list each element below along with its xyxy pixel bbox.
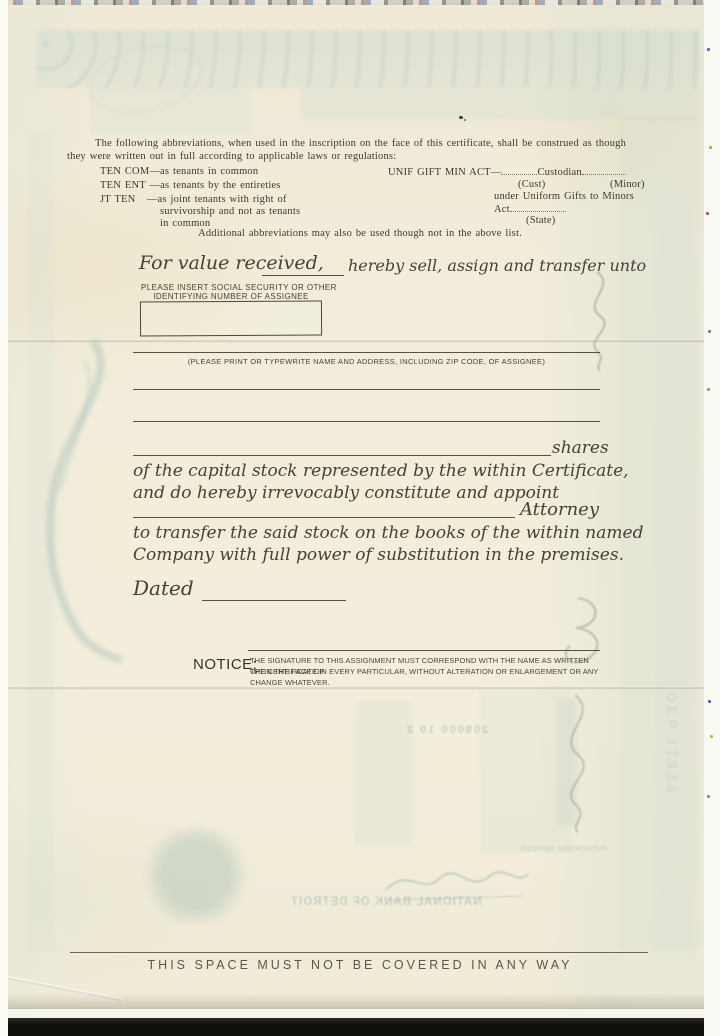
abbrev-custodian-label: Custodian — [537, 167, 581, 178]
ink-speck — [459, 116, 463, 119]
bleedthrough-text-block — [355, 700, 413, 845]
fold-crease — [8, 686, 704, 690]
abbrev-intro-line2: they were written out in full according … — [67, 151, 396, 162]
scan-speck — [707, 48, 710, 51]
fill-line-address1 — [133, 389, 600, 390]
assignee-instruction: (PLEASE PRINT OR TYPEWRITE NAME AND ADDR… — [133, 357, 600, 366]
scan-edge-noise — [0, 0, 720, 5]
abbrev-ten-com-def: —as tenants in common — [149, 166, 258, 177]
transfer-line2: Company with full power of substitution … — [133, 545, 624, 565]
ink-speck — [464, 119, 466, 121]
scan-speck — [710, 735, 713, 738]
bleedthrough-top-border — [36, 30, 700, 88]
capital-stock-line1: of the capital stock represented by the … — [133, 461, 629, 481]
paper-bottom-edge — [0, 1009, 720, 1018]
transfer-line1: to transfer the said stock on the books … — [133, 523, 643, 543]
abbrev-state-hint: (State) — [526, 215, 555, 226]
scan-speck — [707, 388, 710, 391]
bleedthrough-scroll-ornament — [22, 330, 132, 670]
shares-label: shares — [552, 438, 609, 458]
abbrev-act-line: Act — [494, 203, 566, 215]
bleedthrough-authorized-officer: AUTHORIZED OFFICER — [520, 846, 607, 853]
hereby-sell-text: hereby sell, assign and transfer unto — [348, 256, 646, 275]
abbrev-jt-ten-def1: —as joint tenants with right of — [147, 194, 287, 205]
dotted-leader — [582, 166, 626, 175]
ssn-entry-box — [140, 301, 322, 337]
scan-speck — [708, 330, 711, 333]
certificate-back-scan: 209000 10 2 NATIONAL BANK OF DETROIT AUT… — [0, 0, 720, 1036]
abbrev-intro-line1: The following abbreviations, when used i… — [95, 138, 626, 149]
abbrev-ten-com-code: TEN COM — [100, 166, 149, 177]
attorney-label: Attorney — [520, 499, 599, 520]
abbrev-jt-ten-def2: survivorship and not as tenants — [160, 206, 300, 217]
abbrev-under-uniform: under Uniform Gifts to Minors — [494, 191, 634, 202]
paper-bottom-shadow — [8, 993, 704, 1009]
bleedthrough-top-border-lower — [300, 88, 700, 120]
bleedthrough-edge-stamp: DEP IT834 — [664, 692, 680, 796]
abbrev-unif-gift-line: UNIF GIFT MIN ACT—Custodian — [388, 166, 626, 178]
bleedthrough-signature — [378, 856, 533, 908]
scan-margin-left — [0, 0, 8, 1036]
signature-line — [248, 650, 600, 651]
abbrev-cust-hint: (Cust) — [518, 179, 545, 190]
bottom-banner-text: THIS SPACE MUST NOT BE COVERED IN ANY WA… — [0, 958, 720, 972]
scan-background-bottom — [0, 1018, 720, 1036]
abbrev-jt-ten: JT TEN —as joint tenants with right of — [100, 194, 287, 205]
notice-label: NOTICE: — [193, 656, 257, 673]
capital-stock-line2: and do hereby irrevocably constitute and… — [133, 483, 559, 503]
banner-rule — [70, 952, 648, 953]
scan-speck — [706, 212, 709, 215]
fill-line-address2 — [133, 421, 600, 422]
bleedthrough-top-border-left — [90, 88, 250, 134]
bleedthrough-signature — [540, 690, 610, 835]
for-value-received-text: For value received, — [139, 252, 324, 274]
scan-speck — [707, 795, 710, 798]
abbrev-ten-com: TEN COM—as tenants in common — [100, 166, 258, 177]
fill-line-date — [202, 600, 346, 601]
dated-label: Dated — [133, 576, 194, 600]
fill-line-shares — [133, 455, 551, 456]
abbrev-ten-ent-def: —as tenants by the entireties — [149, 180, 280, 191]
scan-speck — [709, 146, 712, 149]
ssn-instruction-line1: PLEASE INSERT SOCIAL SECURITY OR OTHER — [141, 283, 337, 292]
fill-line-seller — [262, 275, 344, 276]
fold-crease — [8, 339, 704, 343]
abbrev-act-label: Act — [494, 204, 510, 215]
abbrev-ten-ent-code: TEN ENT — [100, 180, 146, 191]
bleedthrough-serial-text: 209000 10 2 — [405, 724, 488, 736]
bleedthrough-seal — [140, 826, 252, 924]
dotted-leader — [510, 203, 566, 212]
abbrev-ten-ent: TEN ENT —as tenants by the entireties — [100, 180, 281, 191]
abbrev-jt-ten-code: JT TEN — [100, 194, 135, 205]
notice-line2: THE CERTIFICATE IN EVERY PARTICULAR, WIT… — [250, 666, 610, 688]
scan-speck — [708, 700, 711, 703]
abbrev-minor-hint: (Minor) — [610, 179, 645, 190]
bleedthrough-right-border-inner — [656, 200, 696, 960]
abbrev-additional-note: Additional abbreviations may also be use… — [0, 228, 720, 239]
ssn-instruction-line2: IDENTIFYING NUMBER OF ASSIGNEE — [141, 292, 321, 301]
fill-line-assignee — [133, 352, 600, 353]
dotted-leader — [501, 166, 537, 175]
scan-margin-right — [704, 0, 720, 1036]
fill-line-attorney — [133, 517, 515, 518]
abbrev-unif-gift-label: UNIF GIFT MIN ACT— — [388, 167, 501, 178]
